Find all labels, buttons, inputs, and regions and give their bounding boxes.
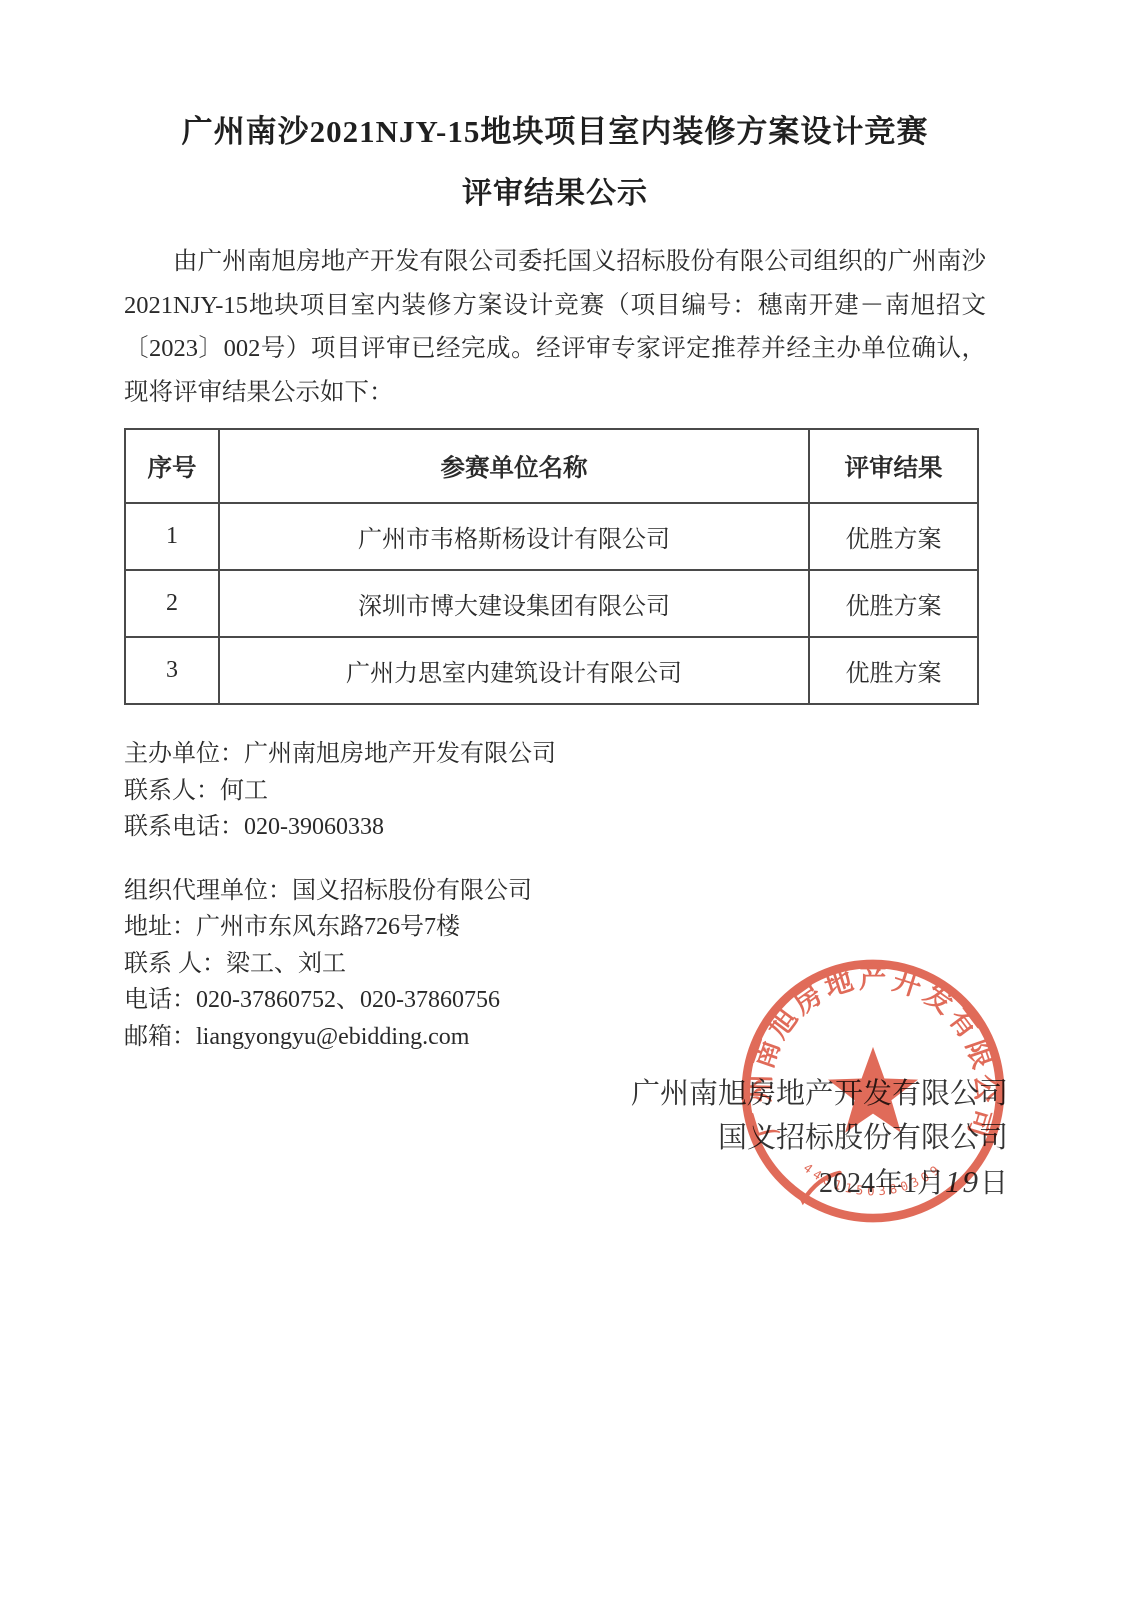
cell-serial-number: 1 [125,503,219,570]
host-contact-person: 联系人：何工 [124,773,986,810]
announcement-page: 广州南沙2021NJY-15地块项目室内装修方案设计竞赛 评审结果公示 由广州南… [0,0,1131,1600]
host-organizer: 主办单位：广州南旭房地产开发有限公司 [124,736,986,773]
header-review-result: 评审结果 [809,429,978,503]
cell-serial-number: 2 [125,570,219,637]
cell-review-result: 优胜方案 [809,637,978,704]
host-contact-block: 主办单位：广州南旭房地产开发有限公司 联系人：何工 联系电话：020-39060… [124,736,986,846]
header-company-name: 参赛单位名称 [219,429,809,503]
agency-organizer: 组织代理单位：国义招标股份有限公司 [124,873,986,910]
table-row: 1 广州市韦格斯杨设计有限公司 优胜方案 [125,503,978,570]
agency-contact-block: 组织代理单位：国义招标股份有限公司 地址：广州市东风东路726号7楼 联系 人：… [124,873,986,1056]
signature-date-prefix: 2024年1月 [819,1168,945,1199]
signature-date-suffix: 日 [980,1168,1008,1199]
intro-paragraph: 由广州南旭房地产开发有限公司委托国义招标股份有限公司组织的广州南沙2021NJY… [124,240,986,414]
agency-email: 邮箱：liangyongyu@ebidding.com [124,1019,986,1056]
agency-phones: 电话：020-37860752、020-37860756 [124,982,986,1019]
document-title-line2: 评审结果公示 [124,174,986,214]
cell-review-result: 优胜方案 [809,570,978,637]
table-row: 2 深圳市博大建设集团有限公司 优胜方案 [125,570,978,637]
cell-serial-number: 3 [125,637,219,704]
cell-company-name: 深圳市博大建设集团有限公司 [219,570,809,637]
signature-company-2: 国义招标股份有限公司 [631,1116,1008,1160]
host-phone: 联系电话：020-39060338 [124,809,986,846]
table-header-row: 序号 参赛单位名称 评审结果 [125,429,978,503]
signature-date: 2024年1月19日 [631,1160,1008,1206]
agency-contact-persons: 联系 人：梁工、刘工 [124,946,986,983]
document-title-line1: 广州南沙2021NJY-15地块项目室内装修方案设计竞赛 [124,112,986,152]
agency-address: 地址：广州市东风东路726号7楼 [124,909,986,946]
cell-company-name: 广州市韦格斯杨设计有限公司 [219,503,809,570]
document-content: 广州南沙2021NJY-15地块项目室内装修方案设计竞赛 评审结果公示 由广州南… [124,112,986,1055]
results-table: 序号 参赛单位名称 评审结果 1 广州市韦格斯杨设计有限公司 优胜方案 2 深圳… [124,428,979,705]
cell-company-name: 广州力思室内建筑设计有限公司 [219,637,809,704]
header-serial-number: 序号 [125,429,219,503]
signature-company-1: 广州南旭房地产开发有限公司 [631,1072,1008,1116]
cell-review-result: 优胜方案 [809,503,978,570]
signature-block: 广州南旭房地产开发有限公司 国义招标股份有限公司 2024年1月19日 [631,1072,1008,1206]
table-row: 3 广州力思室内建筑设计有限公司 优胜方案 [125,637,978,704]
signature-date-day-handwritten: 19 [945,1164,980,1199]
